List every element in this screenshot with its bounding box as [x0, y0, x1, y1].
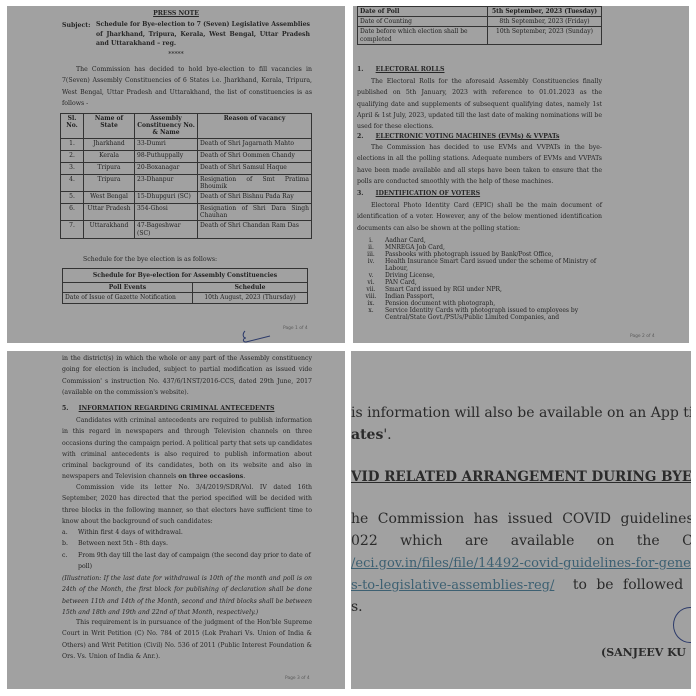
list-marker: vi. — [357, 279, 385, 286]
subject-label: Subject: — [62, 20, 92, 31]
cell: Uttar Pradesh — [84, 204, 135, 221]
table-row: Date of Counting8th September, 2023 (Fri… — [358, 17, 602, 27]
punct: '. — [383, 427, 391, 443]
list-item: i.Aadhar Card, — [357, 237, 602, 244]
table-row: Date of Issue of Gazette Notification 10… — [63, 293, 308, 303]
section-number: 3. — [357, 190, 363, 197]
list-marker: ii. — [357, 244, 385, 251]
list-item: v.Driving License, — [357, 272, 602, 279]
col-header: Reason of vacancy — [198, 114, 312, 139]
table-row: 5.West Bengal15-Dhupguri (SC)Death of Sh… — [61, 192, 312, 204]
list-text: Indian Passport, — [385, 293, 602, 300]
section-1-heading: 1. ELECTORAL ROLLS — [357, 64, 444, 75]
app-name-line: ates'. — [351, 425, 392, 446]
table-row: 1.Jharkhand33-DumriDeath of Shri Jagarna… — [61, 138, 312, 150]
col-header: Assembly Constituency No. & Name — [135, 114, 198, 139]
voter-id-text: Electoral Photo Identity Card (EPIC) sha… — [357, 200, 602, 234]
table-row: 7.Uttarakhand47-Bageshwar (SC)Death of S… — [61, 221, 312, 238]
section-title: IDENTIFICATION OF VOTERS — [376, 190, 480, 197]
page-3-scan: in the district(s) in which the whole or… — [7, 351, 345, 689]
covid-text-line-2: 022 which are available on the Commiss — [351, 531, 691, 552]
evm-text: The Commission has decided to use EVMs a… — [357, 142, 602, 187]
section-2-heading: 2. ELECTRONIC VOTING MACHINES (EVMs) & V… — [357, 131, 559, 142]
list-text: Aadhar Card, — [385, 237, 602, 244]
list-text: Driving License, — [385, 272, 602, 279]
table-row: Date of Poll5th September, 2023 (Tuesday… — [358, 7, 602, 17]
section-number: 1. — [357, 66, 363, 73]
cell: Death of Shri Bishnu Pada Ray — [198, 192, 312, 204]
cell: 3. — [61, 162, 84, 174]
cell: Death of Shri Jagarnath Mahto — [198, 138, 312, 150]
signature-icon — [673, 607, 691, 643]
continuation-text: in the district(s) in which the whole or… — [62, 353, 312, 398]
list-marker: iv. — [357, 258, 385, 272]
section-title: ELECTRONIC VOTING MACHINES (EVMs) & VVPA… — [376, 133, 560, 140]
app-info-line: is information will also be available on… — [351, 403, 691, 424]
electoral-rolls-text: The Electoral Rolls for the aforesaid As… — [357, 76, 602, 132]
commission-letter-text: Commission vide its letter No. 3/4/2019/… — [62, 482, 312, 527]
covid-text-line-1: he Commission has issued COVID guideline… — [351, 509, 691, 530]
section-number: 2. — [357, 133, 363, 140]
cell: Date of Counting — [358, 17, 488, 27]
list-marker: a. — [62, 527, 78, 538]
list-marker: v. — [357, 272, 385, 279]
cell: Kerala — [84, 150, 135, 162]
list-text: MNREGA Job Card, — [385, 244, 602, 251]
cell: West Bengal — [84, 192, 135, 204]
section-5-heading: 5. INFORMATION REGARDING CRIMINAL ANTECE… — [62, 403, 274, 414]
cell: Death of Shri Oommen Chandy — [198, 150, 312, 162]
list-marker: iii. — [357, 251, 385, 258]
list-text: Smart Card issued by RGI under NPR, — [385, 286, 602, 293]
illustration-text: (Illustration: If the last date for with… — [62, 573, 312, 618]
col-header: Poll Events — [63, 283, 193, 293]
cell: 5. — [61, 192, 84, 204]
col-header: Name of State — [84, 114, 135, 139]
schedule-intro: Schedule for the bye election is as foll… — [83, 254, 217, 265]
list-text: PAN Card, — [385, 279, 602, 286]
cell: 1. — [61, 138, 84, 150]
intro-paragraph: The Commission has decided to hold bye-e… — [62, 64, 312, 109]
list-text: From 9th day till the last day of campai… — [78, 550, 312, 573]
table-row: Date before which election shall be comp… — [358, 27, 602, 44]
list-item: c.From 9th day till the last day of camp… — [62, 550, 312, 573]
list-text: Pension document with photograph, — [385, 300, 602, 307]
cell: 98-Puthuppally — [135, 150, 198, 162]
list-item: b.Between next 5th - 8th days. — [62, 538, 312, 549]
list-item: vi.PAN Card, — [357, 279, 602, 286]
cell: Date of Poll — [358, 7, 488, 17]
cell: 4. — [61, 174, 84, 191]
list-item: iii.Passbooks with photograph issued by … — [357, 251, 602, 258]
page-number: Page 3 of 4 — [285, 676, 310, 681]
page-1-scan: PRESS NOTE Subject: Schedule for Bye-ele… — [7, 6, 345, 343]
table-row: 6.Uttar Pradesh354-GhosiResignation of S… — [61, 204, 312, 221]
list-text: Between next 5th - 8th days. — [78, 538, 312, 549]
list-text: Within first 4 days of withdrawal. — [78, 527, 312, 538]
bold-text: on three occasions — [178, 473, 243, 480]
schedule-table-continued: Date of Poll5th September, 2023 (Tuesday… — [357, 6, 602, 45]
text: to be followed duri — [573, 577, 691, 593]
list-item: vii.Smart Card issued by RGI under NPR, — [357, 286, 602, 293]
cell: 8th September, 2023 (Friday) — [488, 17, 602, 27]
cell: 5th September, 2023 (Tuesday) — [488, 7, 602, 17]
section-3-heading: 3. IDENTIFICATION OF VOTERS — [357, 188, 480, 199]
schedule-title: Schedule for Bye-election for Assembly C… — [63, 269, 308, 283]
table-row: 4.Tripura23-DhanpurResignation of Smt Pr… — [61, 174, 312, 191]
cell: Tripura — [84, 162, 135, 174]
cell: Date before which election shall be comp… — [358, 27, 488, 44]
cell: Death of Shri Chandan Ram Das — [198, 221, 312, 238]
cell: 10th August, 2023 (Thursday) — [193, 293, 308, 303]
criminal-antecedents-text: Candidates with criminal antecedents are… — [62, 415, 312, 483]
judgment-text: This requirement is in pursuance of the … — [62, 617, 312, 662]
col-header: Schedule — [193, 283, 308, 293]
list-item: viii.Indian Passport, — [357, 293, 602, 300]
covid-heading: VID RELATED ARRANGEMENT DURING BYE-ELECT… — [351, 467, 691, 488]
list-marker: i. — [357, 237, 385, 244]
covid-guidelines-link[interactable]: /eci.gov.in/files/file/14492-covid-guide… — [351, 553, 691, 574]
page-number: Page 2 of 4 — [630, 334, 655, 339]
cell: 33-Dumri — [135, 138, 198, 150]
separator: ***** — [7, 49, 345, 60]
list-item: iv.Health Insurance Smart Card issued un… — [357, 258, 602, 272]
cell: 2. — [61, 150, 84, 162]
section-title: INFORMATION REGARDING CRIMINAL ANTECEDEN… — [79, 405, 275, 412]
constituency-table: Sl. No. Name of State Assembly Constitue… — [60, 113, 312, 239]
cell: Date of Issue of Gazette Notification — [63, 293, 193, 303]
covid-text-line-4: s-to-legislative-assemblies-reg/ to be f… — [351, 575, 691, 596]
cell: Uttarakhand — [84, 221, 135, 238]
list-item: ii.MNREGA Job Card, — [357, 244, 602, 251]
para-text: Candidates with criminal antecedents are… — [62, 417, 312, 480]
list-item: a.Within first 4 days of withdrawal. — [62, 527, 312, 538]
signatory-name: (SANJEEV KU — [601, 642, 686, 663]
table-header-row: Sl. No. Name of State Assembly Constitue… — [61, 114, 312, 139]
cell: 354-Ghosi — [135, 204, 198, 221]
id-document-list: i.Aadhar Card,ii.MNREGA Job Card,iii.Pas… — [357, 237, 602, 321]
cell: Jharkhand — [84, 138, 135, 150]
section-title: ELECTORAL ROLLS — [376, 66, 445, 73]
cell: Death of Shri Samsul Haque — [198, 162, 312, 174]
list-marker: vii. — [357, 286, 385, 293]
table-row: 3.Tripura20-BoxanagarDeath of Shri Samsu… — [61, 162, 312, 174]
col-header: Sl. No. — [61, 114, 84, 139]
list-text: Health Insurance Smart Card issued under… — [385, 258, 602, 272]
cell: Resignation of Shri Dara Singh Chauhan — [198, 204, 312, 221]
app-name: ates — [351, 427, 383, 443]
cell: Tripura — [84, 174, 135, 191]
schedule-table: Schedule for Bye-election for Assembly C… — [62, 268, 308, 304]
list-marker: x. — [357, 307, 385, 321]
page-4-scan: is information will also be available on… — [351, 351, 691, 689]
cell: 7. — [61, 221, 84, 238]
cell: Resignation of Smt Pratima Bhoumik — [198, 174, 312, 191]
page-number: Page 1 of 4 — [283, 326, 308, 331]
cell: 10th September, 2023 (Sunday) — [488, 27, 602, 44]
cell: 6. — [61, 204, 84, 221]
list-marker: c. — [62, 550, 78, 573]
subject-text: Schedule for Bye-election to 7 (Seven) L… — [96, 20, 310, 49]
cell: 23-Dhanpur — [135, 174, 198, 191]
cell: 15-Dhupguri (SC) — [135, 192, 198, 204]
list-item: x.Service Identity Cards with photograph… — [357, 307, 602, 321]
page-2-scan: Date of Poll5th September, 2023 (Tuesday… — [353, 6, 689, 343]
cell: 47-Bageshwar (SC) — [135, 221, 198, 238]
list-marker: b. — [62, 538, 78, 549]
list-marker: ix. — [357, 300, 385, 307]
list-text: Passbooks with photograph issued by Bank… — [385, 251, 602, 258]
cell: 20-Boxanagar — [135, 162, 198, 174]
press-note-title: PRESS NOTE — [7, 8, 345, 19]
blocks-list: a.Within first 4 days of withdrawal.b.Be… — [62, 527, 312, 572]
list-text: Service Identity Cards with photograph i… — [385, 307, 602, 321]
table-row: 2.Kerala98-PuthuppallyDeath of Shri Oomm… — [61, 150, 312, 162]
covid-text-line-5: s. — [351, 597, 363, 618]
list-marker: viii. — [357, 293, 385, 300]
covid-guidelines-link-continued[interactable]: s-to-legislative-assemblies-reg/ — [351, 578, 554, 593]
signature-icon — [240, 328, 280, 343]
list-item: ix.Pension document with photograph, — [357, 300, 602, 307]
section-number: 5. — [62, 405, 68, 412]
